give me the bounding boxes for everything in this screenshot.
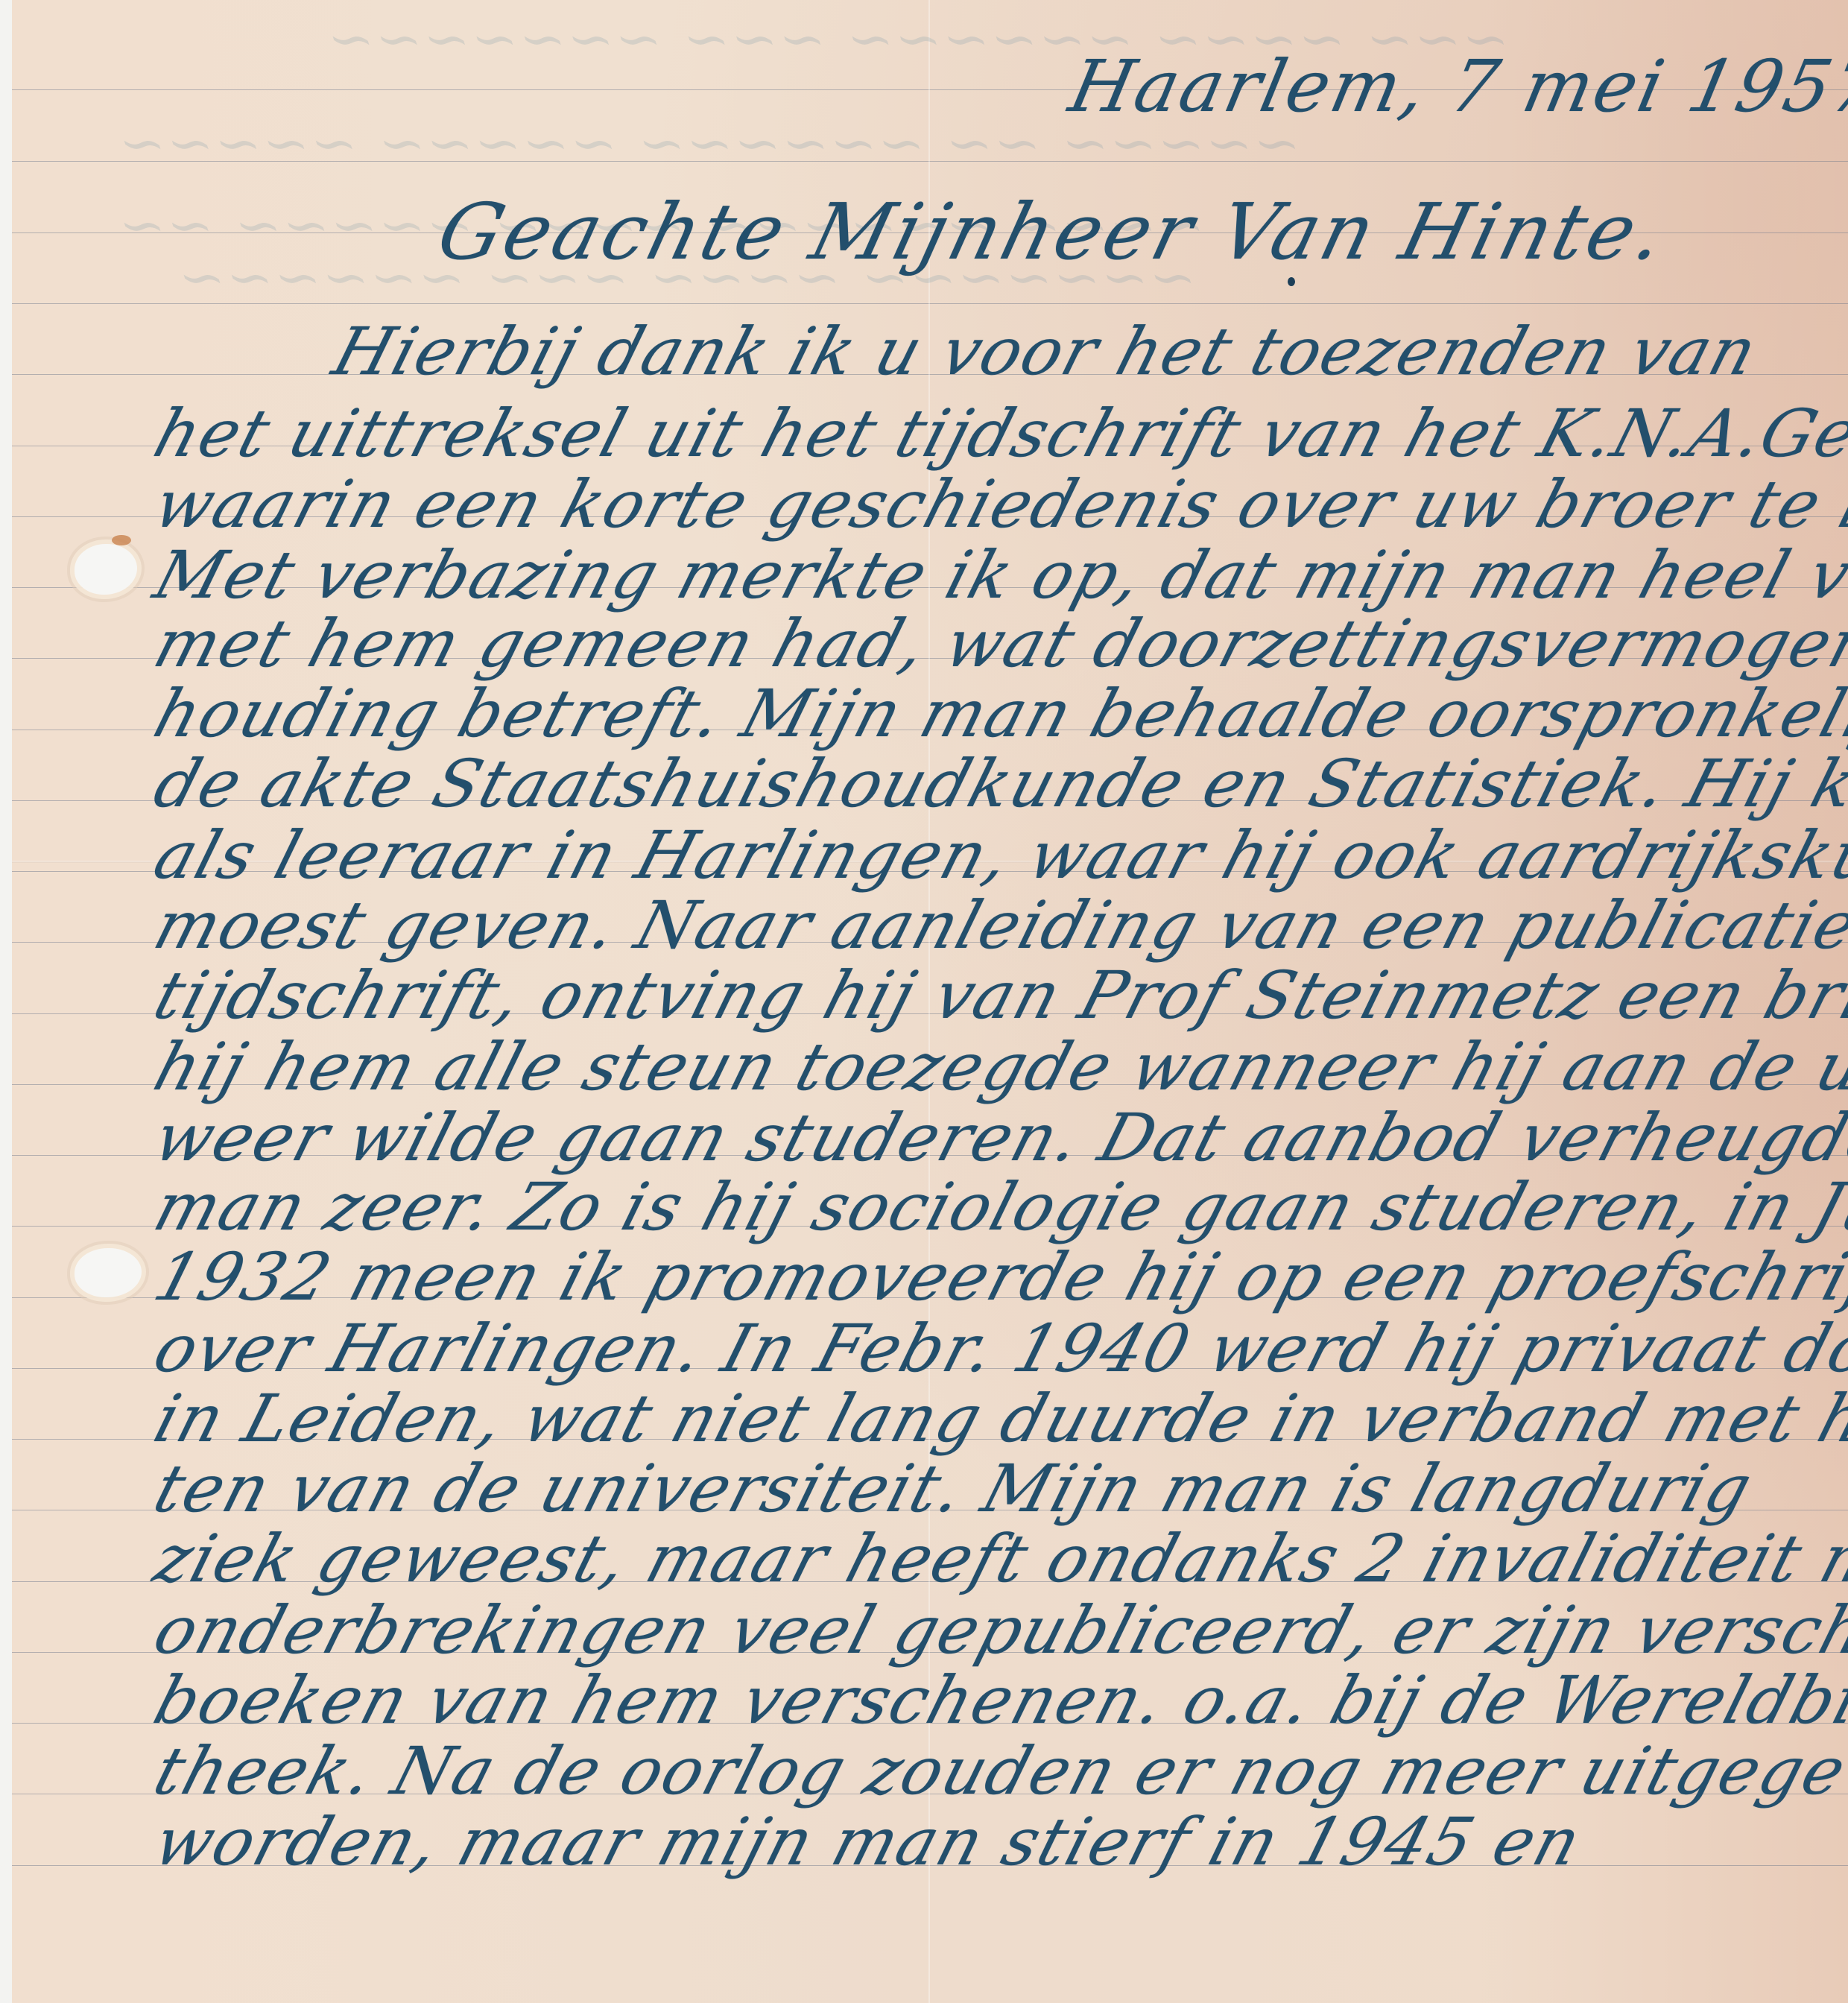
letter-body-line: over Harlingen. In Febr. 1940 werd hij p… [146, 1310, 1848, 1387]
letter-dateline: Haarlem, 7 mei 1957. [1063, 45, 1848, 128]
letter-body-line: houding betreft. Mijn man behaalde oorsp… [146, 675, 1848, 752]
letter-body-line: in Leiden, wat niet lang duurde in verba… [146, 1380, 1848, 1457]
letter-body-line: ziek geweest, maar heeft ondanks 2 inval… [146, 1520, 1848, 1597]
letter-body-line: worden, maar mijn man stierf in 1945 en [146, 1803, 1590, 1880]
letter-body-line: als leeraar in Harlingen, waar hij ook a… [146, 817, 1848, 893]
letter-body-line: het uittreksel uit het tijdschrift van h… [146, 395, 1848, 472]
rust-stain [112, 535, 131, 545]
letter-body-line: onderbrekingen veel gepubliceerd, er zij… [146, 1592, 1848, 1668]
letter-body-line: de akte Staatshuishoudkunde en Statistie… [146, 745, 1848, 822]
scanned-letter: ~~~ ~~~~ ~~~~~~ ~~~ ~~~~~~~ ~~~~~ ~~ ~~~… [0, 0, 1848, 2003]
letter-body-line: 1932 meen ik promoveerde hij op een proe… [146, 1238, 1848, 1315]
letter-body-line: waarin een korte geschiedenis over uw br… [146, 466, 1848, 542]
letter-body-line: ten van de universiteit. Mijn man is lan… [146, 1450, 1762, 1527]
letter-body-line: hij hem alle steun toezegde wanneer hij … [146, 1028, 1848, 1105]
letter-body-line: Hierbij dank ik u voor het toezenden van [325, 313, 1766, 390]
letter-body-line: tijdschrift, ontving hij van Prof Steinm… [146, 957, 1848, 1034]
punch-hole-bottom [75, 1248, 142, 1297]
letter-body-line: met hem gemeen had, wat doorzettingsverm… [146, 605, 1848, 682]
letter-sheet: ~~~ ~~~~ ~~~~~~ ~~~ ~~~~~~~ ~~~~~ ~~ ~~~… [12, 0, 1848, 2003]
letter-body-line: boeken van hem verschenen. o.a. bij de W… [146, 1662, 1848, 1738]
ink-blot [1288, 277, 1295, 286]
letter-body-line: Met verbazing merkte ik op, dat mijn man… [146, 537, 1848, 613]
letter-body-line: theek. Na de oorlog zouden er nog meer u… [146, 1733, 1848, 1809]
letter-body-line: weer wilde gaan studeren. Dat aanbod ver… [146, 1099, 1848, 1176]
letter-body-line: moest geven. Naar aanleiding van een pub… [146, 887, 1848, 963]
letter-body-line: man zeer. Zo is hij sociologie gaan stud… [146, 1168, 1848, 1245]
letter-salutation: Geachte Mijnheer Van Hinte. [429, 186, 1676, 277]
